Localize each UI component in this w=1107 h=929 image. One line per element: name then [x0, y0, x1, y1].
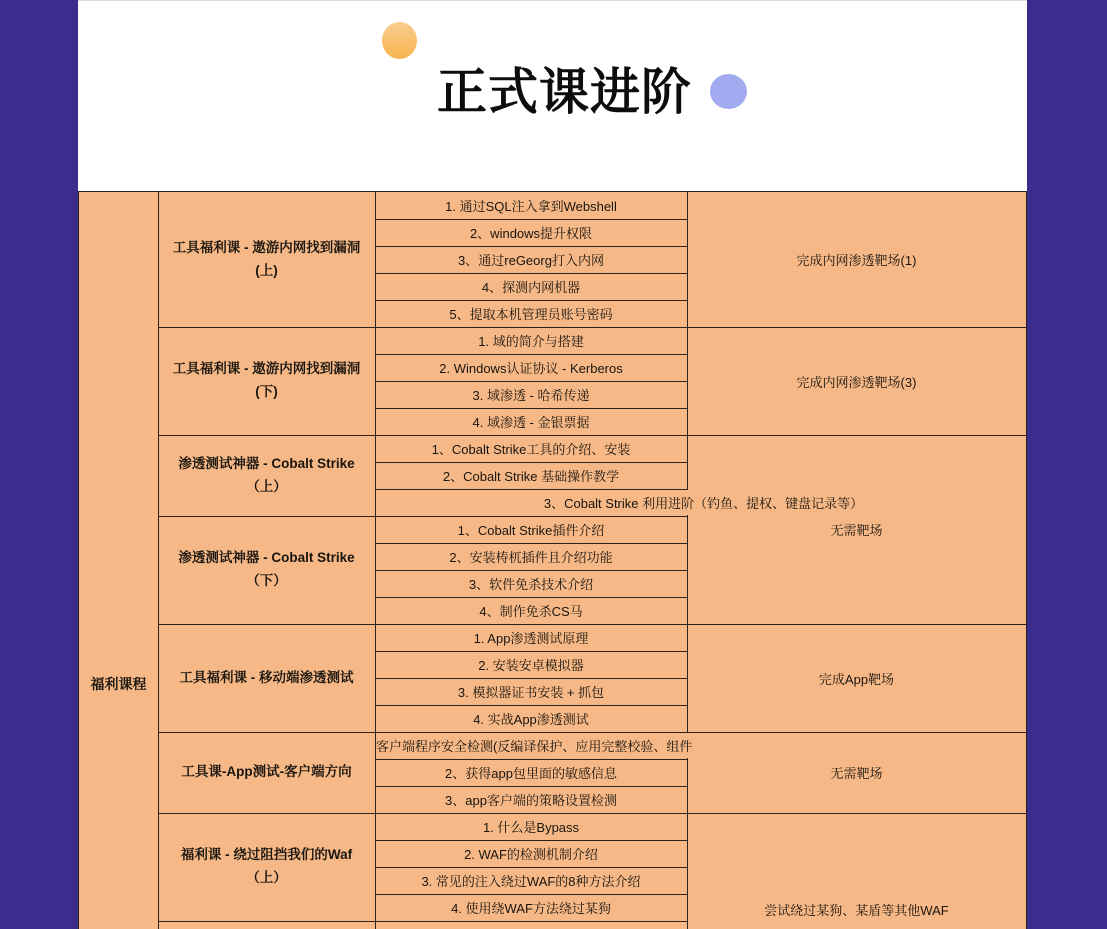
- category-cell: 福利课程: [79, 192, 158, 929]
- topic-cell: 4、探测内网机器: [376, 274, 686, 299]
- topic-cell: 3、通过reGeorg打入内网: [376, 247, 686, 272]
- page-title: 正式课进阶: [90, 65, 1039, 120]
- topic-cell: 2、Cobalt Strike 基础操作教学: [376, 463, 686, 488]
- group-divider-line: [158, 921, 687, 922]
- target-cell: 完成App靶场: [688, 625, 1025, 731]
- topic-cell: 4. 使用绕WAF方法绕过某狗: [376, 895, 686, 920]
- topic-cell: 1、Cobalt Strike工具的介绍、安装: [376, 436, 686, 461]
- orange-dot-decoration: [382, 22, 417, 59]
- target-cell: 尝试绕过某狗、某盾等其他WAF: [688, 814, 1025, 929]
- target-cell: 无需靶场: [688, 436, 1025, 623]
- course-name-cell: 工具福利课 - 遨游内网找到漏洞(上): [159, 193, 374, 326]
- topic-cell: 2. Windows认证协议 - Kerberos: [376, 355, 686, 380]
- course-name-cell: 工具福利课 - 遨游内网找到漏洞(下): [159, 328, 374, 434]
- topic-cell: 4、制作免杀CS马: [376, 598, 686, 623]
- topic-cell: 3. 域渗透 - 哈希传递: [376, 382, 686, 407]
- course-table: 福利课程工具福利课 - 遨游内网找到漏洞(上)工具福利课 - 遨游内网找到漏洞(…: [78, 191, 1027, 929]
- topic-cell: 2、获得app包里面的敏感信息: [376, 760, 686, 785]
- topic-cell: 3. 常见的注入绕过WAF的8种方法介绍: [376, 868, 686, 893]
- target-cell: 无需靶场: [688, 733, 1025, 812]
- topic-cell: 2、windows提升权限: [376, 220, 686, 245]
- topic-cell: 客户端程序安全检测(反编译保护、应用完整校验、组件: [376, 733, 714, 758]
- page: { "colors": { "background_purple": "#3a2…: [0, 0, 1107, 929]
- topic-cell: 1. 什么是Bypass: [376, 814, 686, 839]
- left-background-strip: [0, 0, 78, 929]
- topic-cell: 2. 安装安卓模拟器: [376, 652, 686, 677]
- topic-cell: 1. App渗透测试原理: [376, 625, 686, 650]
- topic-cell: 4. 实战App渗透测试: [376, 706, 686, 731]
- topic-cell: 1、Cobalt Strike插件介绍: [376, 517, 686, 542]
- topic-cell: 1. 域的简介与搭建: [376, 328, 686, 353]
- topic-cell: 1. 通过SQL注入拿到Webshell: [376, 193, 686, 218]
- topic-cell: 3、Cobalt Strike 利用进阶（钓鱼、提权、键盘记录等）: [376, 490, 1027, 515]
- target-cell: 完成内网渗透靶场(3): [688, 328, 1025, 434]
- topic-cell: 2. WAF的检测机制介绍: [376, 841, 686, 866]
- topic-cell: 4. 域渗透 - 金银票据: [376, 409, 686, 434]
- target-cell: 完成内网渗透靶场(1): [688, 193, 1025, 326]
- right-background-strip: [1027, 0, 1107, 929]
- topic-cell: 5、提取本机管理员账号密码: [376, 301, 686, 326]
- course-name-cell: 工具福利课 - 移动端渗透测试: [159, 625, 374, 731]
- content-panel: 正式课进阶 福利课程工具福利课 - 遨游内网找到漏洞(上)工具福利课 - 遨游内…: [78, 0, 1027, 929]
- purple-dot-decoration: [710, 74, 747, 109]
- course-name-cell: 渗透测试神器 - Cobalt Strike（上）: [159, 436, 374, 515]
- topic-cell: 3、软件免杀技术介绍: [376, 571, 686, 596]
- topic-cell: 3. 模拟器证书安装 + 抓包: [376, 679, 686, 704]
- course-name-cell: 福利课 - 绕过阻挡我们的Waf（上）: [159, 814, 374, 920]
- topic-cell: 3、app客户端的策略设置检测: [376, 787, 686, 812]
- course-name-cell: 渗透测试神器 - Cobalt Strike（下）: [159, 517, 374, 623]
- course-name-cell: 工具课-App测试-客户端方向: [159, 733, 374, 812]
- topic-cell: 2、安装梼杌插件且介绍功能: [376, 544, 686, 569]
